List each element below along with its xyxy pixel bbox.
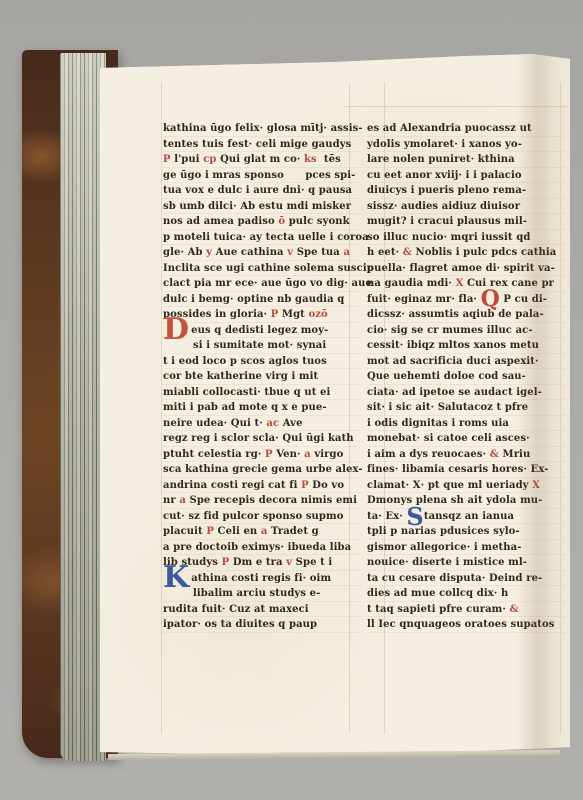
text-segment: gismor allegorice· i metha- bbox=[367, 542, 521, 553]
text-segment: clamat· X· pt que ml ueriady bbox=[367, 480, 532, 491]
text-segment: fuit· eginaz mr· fla· bbox=[367, 294, 481, 305]
text-column-right: es ad Alexandria puocassz utydolis ymola… bbox=[367, 121, 565, 633]
text-segment: pulc syonk bbox=[285, 216, 350, 227]
text-line: na gaudia mdi· X Cui rex cane pr bbox=[367, 276, 565, 292]
text-segment: nr bbox=[163, 495, 179, 506]
illuminated-initial: K bbox=[163, 560, 189, 595]
text-segment: a bbox=[179, 495, 186, 506]
ruling-line-left bbox=[161, 82, 162, 734]
text-segment: Spe recepis decora nimis emi bbox=[186, 495, 357, 506]
text-segment: miti i pab ad mote q x e pue- bbox=[163, 402, 327, 413]
text-line: t taq sapieti pfre curam· & bbox=[367, 602, 565, 618]
text-segment: Spe tua bbox=[293, 247, 343, 258]
text-line: sit· i sic ait· Salutacoz t pfre bbox=[367, 400, 565, 416]
text-segment: libalim arciu studys e- bbox=[193, 588, 320, 599]
text-line: ciata· ad ipetoe se audact igel- bbox=[367, 385, 565, 401]
text-line: cut· sz fid pulcor sponso supmo bbox=[163, 509, 361, 525]
text-line: Dmonys plena sh ait ydola mu- bbox=[367, 493, 565, 509]
text-segment: sissz· audies aidiuz diuisor bbox=[367, 201, 520, 212]
text-segment: virgo bbox=[311, 449, 344, 460]
text-line: es ad Alexandria puocassz ut bbox=[367, 121, 565, 137]
text-segment: tēs bbox=[317, 154, 341, 165]
text-segment: cor bte katherine virg i mit bbox=[163, 371, 318, 382]
text-segment: tansqz an ianua bbox=[424, 511, 514, 522]
text-line: ptuht celestia rg· P Ven· a virgo bbox=[163, 447, 361, 463]
text-segment: ge ūgo i mras sponso pces spi- bbox=[163, 170, 355, 181]
text-line: nr a Spe recepis decora nimis emi bbox=[163, 493, 361, 509]
text-segment: diuicys i pueris pleno rema- bbox=[367, 185, 526, 196]
text-line: tentes tuis fest· celi mige gaudys bbox=[163, 137, 361, 153]
text-segment: puella· flagret amoe di· spirit va- bbox=[367, 263, 555, 274]
text-segment: regz reg i sclor scla· Qui ūgi kath bbox=[163, 433, 354, 444]
text-segment: nos ad amea padiso bbox=[163, 216, 278, 227]
text-segment: t i eod loco p scos aglos tuos bbox=[163, 356, 327, 367]
text-segment: t taq sapieti pfre curam· bbox=[367, 604, 510, 615]
text-segment: P bbox=[163, 154, 171, 165]
text-line: sca kathina grecie gema urbe alex- bbox=[163, 462, 361, 478]
text-segment: neire udea· Qui t· bbox=[163, 418, 266, 429]
text-segment: p moteli tuica· ay tecta uelle i coroa bbox=[163, 232, 369, 243]
text-segment: tpli p narias pdusices sylo- bbox=[367, 526, 520, 537]
text-line: sissz· audies aidiuz diuisor bbox=[367, 199, 565, 215]
text-line: dulc i bemg· optine nb gaudia q bbox=[163, 292, 361, 308]
text-line: monebat· si catoe celi asces· bbox=[367, 431, 565, 447]
text-line: placuit P Celi en a Tradet g bbox=[163, 524, 361, 540]
text-segment: kathina ūgo felix· glosa mītj· assis- bbox=[163, 123, 363, 134]
text-segment: mugit? i cracui plausus mil- bbox=[367, 216, 527, 227]
text-line: rudita fuit· Cuz at maxeci bbox=[163, 602, 361, 618]
text-segment: a bbox=[304, 449, 311, 460]
text-segment: Do vo bbox=[309, 480, 344, 491]
text-line: t i eod loco p scos aglos tuos bbox=[163, 354, 361, 370]
text-line: cor bte katherine virg i mit bbox=[163, 369, 361, 385]
text-line: h eet· & Noblis i pulc pdcs cathia bbox=[367, 245, 565, 261]
text-segment: Dm e tra bbox=[229, 557, 286, 568]
text-segment: Tradet g bbox=[267, 526, 318, 537]
text-segment: cessit· ibiqz mltos xanos metu bbox=[367, 340, 539, 351]
text-segment: ipator· os ta diuites q paup bbox=[163, 619, 317, 630]
text-segment: ks bbox=[304, 154, 317, 165]
text-segment: ciata· ad ipetoe se audact igel- bbox=[367, 387, 542, 398]
ruling-line-top-margin bbox=[345, 106, 567, 107]
text-line: miabli collocasti· tbue q ut ei bbox=[163, 385, 361, 401]
text-line: ge ūgo i mras sponso pces spi- bbox=[163, 168, 361, 184]
text-segment: Dmonys plena sh ait ydola mu- bbox=[367, 495, 542, 506]
text-line: a pre doctoib eximys· ibueda liba bbox=[163, 540, 361, 556]
text-line: cu eet anor xviij· i i palacio bbox=[367, 168, 565, 184]
text-line: sb umb dilci· Ab estu mdi misker bbox=[163, 199, 361, 215]
photo-backdrop: kathina ūgo felix· glosa mītj· assis-ten… bbox=[0, 0, 583, 800]
text-segment: so illuc nucio· mqri iussit qd bbox=[367, 232, 530, 243]
text-segment: P cu di- bbox=[500, 294, 547, 305]
text-line: nos ad amea padiso ō pulc syonk bbox=[163, 214, 361, 230]
text-line: clact pia mr ece· aue ūgo vo dig· aue bbox=[163, 276, 361, 292]
text-line: P l'pui cp Qui glat m co· ks tēs bbox=[163, 152, 361, 168]
text-line: ydolis ymolaret· i xanos yo- bbox=[367, 137, 565, 153]
text-segment: & bbox=[403, 247, 412, 258]
text-segment: i odis dignitas i roms uia bbox=[367, 418, 509, 429]
text-segment: Que uehemti doloe cod sau- bbox=[367, 371, 526, 382]
text-segment: mot ad sacrificia duci aspexit· bbox=[367, 356, 539, 367]
text-line: ipator· os ta diuites q paup bbox=[163, 617, 361, 633]
page-edges-stack bbox=[60, 53, 106, 761]
text-segment: Noblis i pulc pdcs cathia bbox=[412, 247, 556, 258]
text-segment: cut· sz fid pulcor sponso supmo bbox=[163, 511, 343, 522]
text-line: puella· flagret amoe di· spirit va- bbox=[367, 261, 565, 277]
text-line: ta cu cesare disputa· Deind re- bbox=[367, 571, 565, 587]
text-segment: nouice· diserte i mistice ml- bbox=[367, 557, 527, 568]
illuminated-initial: D bbox=[163, 312, 189, 347]
text-segment: es ad Alexandria puocassz ut bbox=[367, 123, 532, 134]
text-segment: Cui rex cane pr bbox=[463, 278, 554, 289]
text-line: cio· sig se cr mumes illuc ac- bbox=[367, 323, 565, 339]
text-line: gismor allegorice· i metha- bbox=[367, 540, 565, 556]
text-segment: Spe t i bbox=[292, 557, 332, 568]
text-segment: ydolis ymolaret· i xanos yo- bbox=[367, 139, 522, 150]
text-segment: Celi en bbox=[214, 526, 261, 537]
text-segment: X bbox=[532, 480, 540, 491]
text-line: i aim a dys reuocaes· & Mriu bbox=[367, 447, 565, 463]
text-segment: a pre doctoib eximys· ibueda liba bbox=[163, 542, 351, 553]
text-segment: i aim a dys reuocaes· bbox=[367, 449, 490, 460]
text-segment: Mgt bbox=[278, 309, 308, 320]
text-line: diuicys i pueris pleno rema- bbox=[367, 183, 565, 199]
text-segment: & bbox=[490, 449, 499, 460]
text-segment: placuit bbox=[163, 526, 206, 537]
text-line: Deus q dedisti legez moy- bbox=[163, 323, 361, 339]
text-line: mot ad sacrificia duci aspexit· bbox=[367, 354, 565, 370]
text-segment: ac bbox=[266, 418, 279, 429]
text-line: ll Iec qnquageos oratoes supatos bbox=[367, 617, 565, 633]
text-line: si i sumitate mot· synai bbox=[163, 338, 361, 354]
text-segment: ptuht celestia rg· bbox=[163, 449, 265, 460]
text-segment: l'pui bbox=[171, 154, 204, 165]
text-segment: dulc i bemg· optine nb gaudia q bbox=[163, 294, 344, 305]
text-segment: ll Iec qnquageos oratoes supatos bbox=[367, 619, 555, 630]
text-segment: cu eet anor xviij· i i palacio bbox=[367, 170, 522, 181]
text-line: clamat· X· pt que ml ueriady X bbox=[367, 478, 565, 494]
text-line: Kathina costi regis fi· oim bbox=[163, 571, 361, 587]
text-line: dies ad mue collcq dix· h bbox=[367, 586, 565, 602]
text-segment: Aue cathina bbox=[212, 247, 287, 258]
text-line: dicssz· assumtis aqiub de pala- bbox=[367, 307, 565, 323]
text-segment: tua vox e dulc i aure dni· q pausa bbox=[163, 185, 352, 196]
text-segment: Qui glat m co· bbox=[217, 154, 305, 165]
text-segment: cp bbox=[203, 154, 216, 165]
text-line: tpli p narias pdusices sylo- bbox=[367, 524, 565, 540]
text-line: so illuc nucio· mqri iussit qd bbox=[367, 230, 565, 246]
text-segment: P bbox=[206, 526, 214, 537]
text-line: cessit· ibiqz mltos xanos metu bbox=[367, 338, 565, 354]
text-line: fuit· eginaz mr· fla· Q P cu di- bbox=[367, 292, 565, 308]
text-segment: h eet· bbox=[367, 247, 403, 258]
text-line: fines· libamia cesaris hores· Ex- bbox=[367, 462, 565, 478]
text-line: possides in gloria· P Mgt ozō bbox=[163, 307, 361, 323]
text-segment: athina costi regis fi· oim bbox=[191, 573, 331, 584]
text-column-left: kathina ūgo felix· glosa mītj· assis-ten… bbox=[163, 121, 361, 633]
text-segment: fines· libamia cesaris hores· Ex- bbox=[367, 464, 549, 475]
text-line: lib studys P Dm e tra v Spe t i bbox=[163, 555, 361, 571]
text-segment: & bbox=[510, 604, 519, 615]
text-segment: andrina costi regi cat fi bbox=[163, 480, 301, 491]
text-segment: Inclita sce ugi cathine solema suscip bbox=[163, 263, 374, 274]
text-segment: sb umb dilci· Ab estu mdi misker bbox=[163, 201, 351, 212]
text-segment: dies ad mue collcq dix· h bbox=[367, 588, 508, 599]
text-segment: monebat· si catoe celi asces· bbox=[367, 433, 530, 444]
text-segment: clact pia mr ece· aue ūgo vo dig· aue bbox=[163, 278, 372, 289]
manuscript-page: kathina ūgo felix· glosa mītj· assis-ten… bbox=[100, 54, 570, 758]
text-segment: P bbox=[265, 449, 273, 460]
text-line: i odis dignitas i roms uia bbox=[367, 416, 565, 432]
text-segment: Ven· bbox=[273, 449, 305, 460]
text-segment: Mriu bbox=[499, 449, 530, 460]
text-segment: eus q dedisti legez moy- bbox=[191, 325, 328, 336]
text-line: andrina costi regi cat fi P Do vo bbox=[163, 478, 361, 494]
text-segment: a bbox=[343, 247, 350, 258]
text-segment: ta cu cesare disputa· Deind re- bbox=[367, 573, 542, 584]
text-segment: lare nolen puniret· kthina bbox=[367, 154, 515, 165]
text-line: Inclita sce ugi cathine solema suscip bbox=[163, 261, 361, 277]
text-line: regz reg i sclor scla· Qui ūgi kath bbox=[163, 431, 361, 447]
text-segment: Ave bbox=[279, 418, 302, 429]
text-line: mugit? i cracui plausus mil- bbox=[367, 214, 565, 230]
text-line: ta· Ex· Stansqz an ianua bbox=[367, 509, 565, 525]
text-segment: cio· sig se cr mumes illuc ac- bbox=[367, 325, 533, 336]
text-line: neire udea· Qui t· ac Ave bbox=[163, 416, 361, 432]
text-line: kathina ūgo felix· glosa mītj· assis- bbox=[163, 121, 361, 137]
text-segment: P bbox=[301, 480, 309, 491]
text-segment: miabli collocasti· tbue q ut ei bbox=[163, 387, 330, 398]
text-line: gle· Ab y Aue cathina v Spe tua a bbox=[163, 245, 361, 261]
text-segment: ozō bbox=[309, 309, 328, 320]
text-segment: dicssz· assumtis aqiub de pala- bbox=[367, 309, 544, 320]
text-segment: sit· i sic ait· Salutacoz t pfre bbox=[367, 402, 528, 413]
text-segment: si i sumitate mot· synai bbox=[193, 340, 326, 351]
text-segment: sca kathina grecie gema urbe alex- bbox=[163, 464, 363, 475]
text-segment: na gaudia mdi· bbox=[367, 278, 456, 289]
text-segment: tentes tuis fest· celi mige gaudys bbox=[163, 139, 351, 150]
text-line: libalim arciu studys e- bbox=[163, 586, 361, 602]
text-segment: ta· Ex· bbox=[367, 511, 406, 522]
text-line: nouice· diserte i mistice ml- bbox=[367, 555, 565, 571]
text-segment: gle· Ab bbox=[163, 247, 206, 258]
text-line: p moteli tuica· ay tecta uelle i coroa bbox=[163, 230, 361, 246]
text-line: tua vox e dulc i aure dni· q pausa bbox=[163, 183, 361, 199]
text-line: miti i pab ad mote q x e pue- bbox=[163, 400, 361, 416]
text-line: Que uehemti doloe cod sau- bbox=[367, 369, 565, 385]
text-segment: rudita fuit· Cuz at maxeci bbox=[163, 604, 309, 615]
text-line: lare nolen puniret· kthina bbox=[367, 152, 565, 168]
